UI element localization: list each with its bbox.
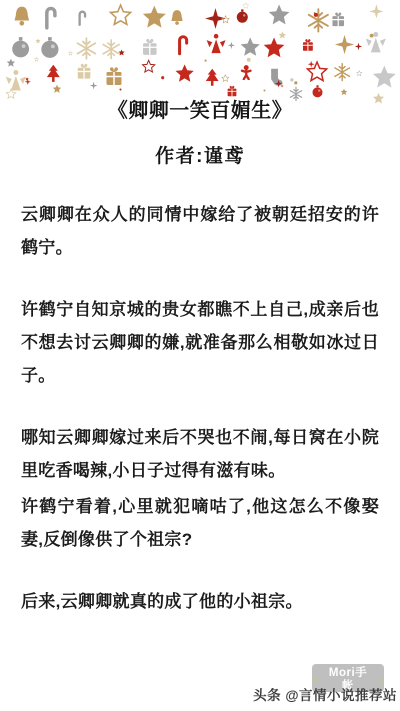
laurel-left-icon (312, 676, 321, 685)
gift-icon (74, 61, 94, 81)
sparkle-icon (227, 41, 236, 50)
star-icon (118, 49, 125, 56)
star-icon (340, 88, 348, 96)
dot-icon (159, 74, 166, 81)
star-outline-icon (34, 57, 39, 62)
dot-icon (292, 79, 300, 87)
star-outline-icon (221, 15, 230, 24)
star-outline-icon (242, 2, 249, 9)
star-outline-icon (141, 59, 156, 74)
star-outline-icon (108, 3, 133, 28)
story-text: 云卿卿在众人的同情中嫁给了被朝廷招安的许鹤宁。 许鹤宁自知京城的贵女都瞧不上自己… (0, 198, 400, 618)
dot-icon (118, 87, 123, 92)
dot-icon (244, 55, 253, 64)
bell-icon (167, 8, 187, 28)
angel-icon (204, 32, 228, 56)
christmas-tree-icon (202, 67, 222, 87)
sparkle-icon (203, 6, 228, 31)
gift-icon (102, 64, 126, 88)
star-icon (6, 58, 16, 68)
angel-icon (363, 30, 389, 56)
sparkle-icon (280, 84, 284, 88)
bauble-icon (234, 8, 251, 25)
story-paragraph: 哪知云卿卿嫁过来后不哭也不闹,每日窝在小院里吃香喝辣,小日子过得有滋有味。 (21, 421, 379, 487)
author-line: 作者:谨鸢 (0, 144, 400, 170)
christmas-band (0, 0, 400, 96)
star-icon (371, 64, 398, 91)
star-outline-icon (221, 74, 230, 83)
toutiao-credit: 头条 @言情小说推荐站 (253, 687, 397, 705)
dot-icon (203, 58, 208, 63)
book-title: 《卿卿一笑百媚生》 (0, 98, 400, 124)
gift-icon (225, 84, 239, 98)
angel-icon (3, 68, 29, 94)
star-outline-icon (356, 70, 363, 77)
gift-icon (139, 36, 161, 58)
sparkle-icon (307, 60, 315, 68)
candy-cane-icon (73, 8, 92, 27)
bell-icon (9, 4, 35, 30)
dot-icon (288, 76, 296, 84)
star-icon (278, 31, 286, 39)
candy-cane-icon (37, 3, 65, 31)
bauble-icon (310, 84, 325, 99)
star-icon (35, 38, 41, 44)
star-outline-icon (68, 51, 73, 56)
star-icon (174, 63, 195, 84)
gingerbread-icon (238, 64, 254, 80)
star-icon (25, 77, 29, 81)
dot-icon (262, 88, 267, 93)
star-icon (141, 4, 168, 31)
sparkle-icon (280, 32, 286, 38)
star-icon (239, 36, 261, 58)
story-paragraph: 许鹤宁看着,心里就犯嘀咕了,他这怎么不像娶妻,反倒像供了个祖宗? (21, 490, 379, 556)
sparkle-icon (354, 42, 363, 51)
bauble-icon (37, 35, 63, 61)
novel-recommendation-card: 《卿卿一笑百媚生》 作者:谨鸢 云卿卿在众人的同情中嫁给了被朝廷招安的许鹤宁。 … (0, 0, 400, 711)
sparkle-icon (89, 81, 98, 90)
stocking-icon (263, 67, 285, 89)
story-paragraph: 后来,云卿卿就真的成了他的小祖宗。 (21, 585, 379, 618)
sparkle-icon (333, 33, 356, 56)
christmas-tree-icon (43, 63, 64, 84)
star-icon (52, 84, 62, 94)
dot-icon (311, 10, 321, 20)
sparkle-icon (24, 78, 32, 86)
star-icon (262, 36, 286, 60)
snowflake-icon (305, 7, 332, 34)
snowflake-icon (332, 62, 352, 82)
story-paragraph: 云卿卿在众人的同情中嫁给了被朝廷招安的许鹤宁。 (21, 198, 379, 264)
snowflake-icon (100, 38, 122, 60)
star-icon (267, 3, 291, 27)
sparkle-icon (274, 79, 283, 88)
laurel-right-icon (375, 676, 384, 685)
story-paragraph: 许鹤宁自知京城的贵女都瞧不上自己,成亲后也不想去讨云卿卿的嫌,就准备那么相敬如冰… (21, 293, 379, 392)
dot-icon (367, 31, 376, 40)
sparkle-icon (368, 3, 385, 20)
snowflake-icon (74, 36, 99, 61)
gift-icon (300, 37, 316, 53)
bauble-icon (8, 35, 33, 60)
candy-cane-icon (171, 32, 195, 56)
gift-icon (329, 10, 347, 28)
star-outline-icon (305, 60, 329, 84)
